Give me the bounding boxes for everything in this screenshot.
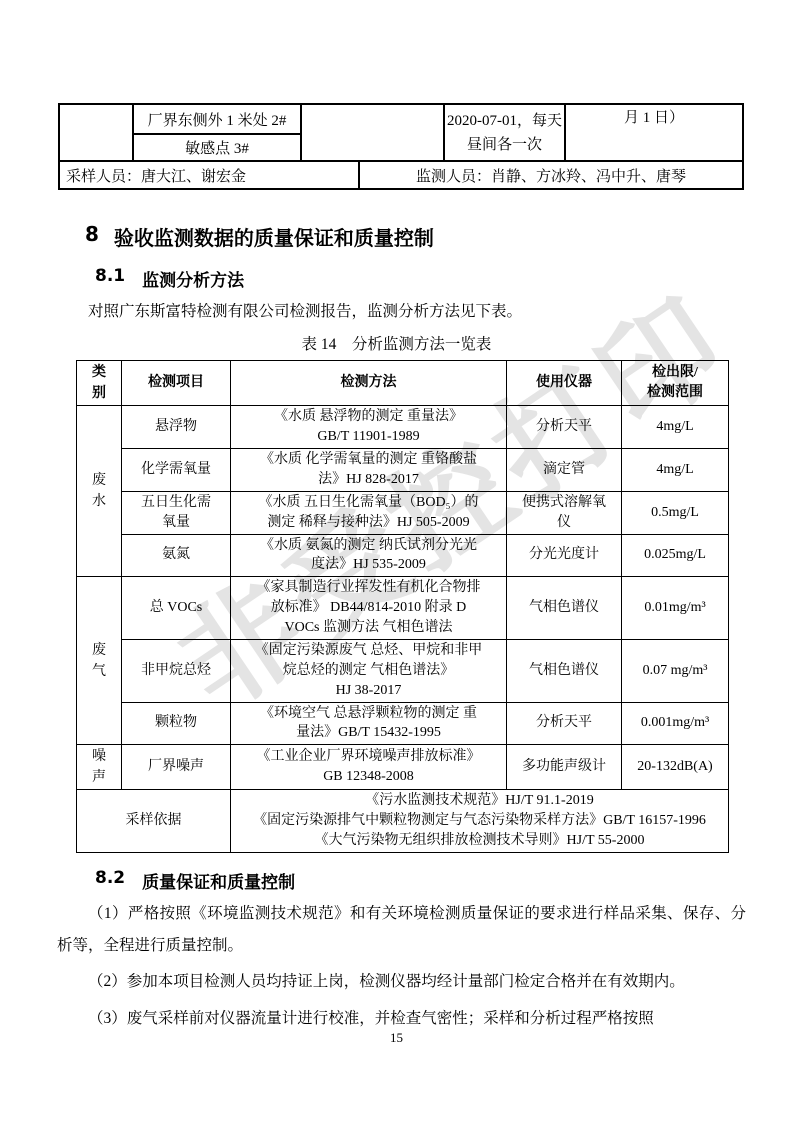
sampling-basis-label-cell: 采样依据 (77, 790, 231, 853)
category-noise-cell: 噪声 (77, 745, 122, 790)
schedule-cell: 2020-07-01，每天 昼间各一次 (445, 105, 566, 162)
instrument-cell: 滴定管 (507, 449, 622, 492)
empty-cell (60, 105, 134, 162)
table-row: 废气 总 VOCs 《家具制造行业挥发性有机化合物排 放标准》 DB44/814… (77, 577, 729, 640)
item-cell: 厂界噪声 (122, 745, 231, 790)
section-8-2-heading: 8.2 质量保证和质量控制 (95, 868, 793, 893)
sampling-point-3-cell: 敏感点 3# (134, 135, 302, 162)
item-cell: 非甲烷总烃 (122, 639, 231, 702)
table-row: 非甲烷总烃 《固定污染源废气 总烃、甲烷和非甲 烷总烃的测定 气相色谱法》 HJ… (77, 639, 729, 702)
section-8-1-title: 监测分析方法 (142, 266, 244, 291)
section-8-2-number: 8.2 (95, 868, 125, 893)
sampling-staff-cell: 采样人员：唐大江、谢宏金 (60, 162, 360, 188)
table-row: 废水 悬浮物 《水质 悬浮物的测定 重量法》 GB/T 11901-1989 分… (77, 406, 729, 449)
instrument-cell: 气相色谱仪 (507, 639, 622, 702)
item-cell: 化学需氧量 (122, 449, 231, 492)
limit-cell: 20-132dB(A) (622, 745, 729, 790)
sampling-basis-row: 采样依据 《污水监测技术规范》HJ/T 91.1-2019 《固定污染源排气中颗… (77, 790, 729, 853)
method-cell: 《家具制造行业挥发性有机化合物排 放标准》 DB44/814-2010 附录 D… (231, 577, 507, 640)
method-cell: 《水质 氨氮的测定 纳氏试剂分光光 度法》HJ 535-2009 (231, 534, 507, 577)
instrument-cell: 分析天平 (507, 702, 622, 745)
category-wastewater-cell: 废水 (77, 406, 122, 577)
instrument-cell: 分光光度计 (507, 534, 622, 577)
table-14-caption: 表 14 分析监测方法一览表 (0, 332, 793, 354)
item-cell: 颗粒物 (122, 702, 231, 745)
limit-cell: 4mg/L (622, 449, 729, 492)
item-cell: 氨氮 (122, 534, 231, 577)
empty-cell (302, 105, 445, 162)
qa-paragraph-2: （2）参加本项目检测人员均持证上岗，检测仪器均经计量部门检定合格并在有效期内。 (57, 966, 746, 998)
header-limit: 检出限/ 检测范围 (622, 361, 729, 406)
continued-sampling-table: 厂界东侧外 1 米处 2# 敏感点 3# 2020-07-01，每天 昼间各一次… (58, 103, 744, 190)
table-row: 氨氮 《水质 氨氮的测定 纳氏试剂分光光 度法》HJ 535-2009 分光光度… (77, 534, 729, 577)
limit-cell: 0.5mg/L (622, 491, 729, 534)
table-row: 化学需氧量 《水质 化学需氧量的测定 重铬酸盐 法》HJ 828-2017 滴定… (77, 449, 729, 492)
section-8-1-heading: 8.1 监测分析方法 (95, 266, 793, 291)
intro-paragraph: 对照广东斯富特检测有限公司检测报告，监测分析方法见下表。 (57, 300, 744, 323)
section-8-number: 8 (85, 222, 99, 251)
staff-row: 采样人员：唐大江、谢宏金 监测人员：肖静、方冰羚、冯中升、唐琴 (60, 162, 742, 188)
category-waste-gas-cell: 废气 (77, 577, 122, 745)
method-cell: 《环境空气 总悬浮颗粒物的测定 重 量法》GB/T 15432-1995 (231, 702, 507, 745)
header-item: 检测项目 (122, 361, 231, 406)
method-cell: 《固定污染源废气 总烃、甲烷和非甲 烷总烃的测定 气相色谱法》 HJ 38-20… (231, 639, 507, 702)
qa-paragraph-1: （1）严格按照《环境监测技术规范》和有关环境检测质量保证的要求进行样品采集、保存… (57, 898, 746, 962)
method-cell: 《水质 化学需氧量的测定 重铬酸盐 法》HJ 828-2017 (231, 449, 507, 492)
header-category: 类别 (77, 361, 122, 406)
date-fragment-cell: 月 1 日） (566, 105, 742, 162)
monitoring-staff-cell: 监测人员：肖静、方冰羚、冯中升、唐琴 (360, 162, 742, 188)
sampling-basis-content-cell: 《污水监测技术规范》HJ/T 91.1-2019 《固定污染源排气中颗粒物测定与… (231, 790, 729, 853)
instrument-cell: 便携式溶解氧 仪 (507, 491, 622, 534)
header-instrument: 使用仪器 (507, 361, 622, 406)
document-page: 非受控打印 厂界东侧外 1 米处 2# 敏感点 3# 2020-07-01，每天… (0, 0, 793, 1122)
instrument-cell: 气相色谱仪 (507, 577, 622, 640)
section-8-title: 验收监测数据的质量保证和质量控制 (114, 222, 434, 251)
table-row: 颗粒物 《环境空气 总悬浮颗粒物的测定 重 量法》GB/T 15432-1995… (77, 702, 729, 745)
item-cell: 五日生化需 氧量 (122, 491, 231, 534)
method-cell: 《水质 悬浮物的测定 重量法》 GB/T 11901-1989 (231, 406, 507, 449)
item-cell: 悬浮物 (122, 406, 231, 449)
sampling-point-2-cell: 厂界东侧外 1 米处 2# (134, 105, 302, 135)
limit-cell: 0.01mg/m³ (622, 577, 729, 640)
limit-cell: 0.07 mg/m³ (622, 639, 729, 702)
table-row: 噪声 厂界噪声 《工业企业厂界环境噪声排放标准》 GB 12348-2008 多… (77, 745, 729, 790)
analysis-methods-table: 类别 检测项目 检测方法 使用仪器 检出限/ 检测范围 废水 悬浮物 《水质 悬… (76, 360, 729, 853)
header-method: 检测方法 (231, 361, 507, 406)
basis-line: 《污水监测技术规范》HJ/T 91.1-2019 (234, 791, 725, 811)
section-8-2-title: 质量保证和质量控制 (142, 868, 295, 893)
item-cell: 总 VOCs (122, 577, 231, 640)
section-8-heading: 8 验收监测数据的质量保证和质量控制 (85, 222, 793, 251)
limit-cell: 4mg/L (622, 406, 729, 449)
table-row: 五日生化需 氧量 《水质 五日生化需氧量（BOD₅）的 测定 稀释与接种法》HJ… (77, 491, 729, 534)
basis-line: 《大气污染物无组织排放检测技术导则》HJ/T 55-2000 (234, 831, 725, 851)
basis-line: 《固定污染源排气中颗粒物测定与气态污染物采样方法》GB/T 16157-1996 (234, 811, 725, 831)
limit-cell: 0.001mg/m³ (622, 702, 729, 745)
table-header-row: 类别 检测项目 检测方法 使用仪器 检出限/ 检测范围 (77, 361, 729, 406)
page-number: 15 (0, 1030, 793, 1046)
method-cell: 《工业企业厂界环境噪声排放标准》 GB 12348-2008 (231, 745, 507, 790)
method-cell: 《水质 五日生化需氧量（BOD₅）的 测定 稀释与接种法》HJ 505-2009 (231, 491, 507, 534)
instrument-cell: 分析天平 (507, 406, 622, 449)
limit-cell: 0.025mg/L (622, 534, 729, 577)
section-8-1-number: 8.1 (95, 266, 125, 291)
instrument-cell: 多功能声级计 (507, 745, 622, 790)
